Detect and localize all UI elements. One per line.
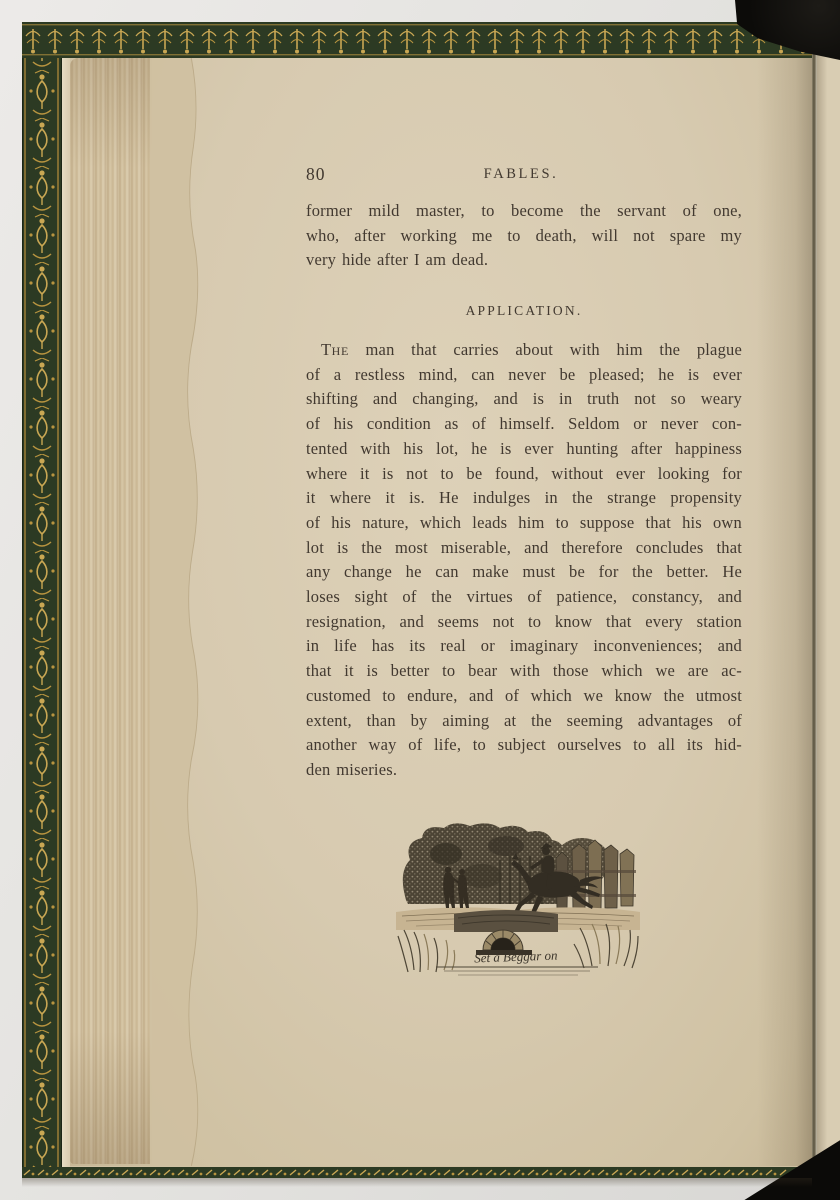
text-line: of his nature, which leads him to suppos… [306,511,742,536]
text-line: shifting and changing, and is in truth n… [306,387,742,412]
vignette-engraving: Set a Beggar on [396,820,640,980]
text-line: extent, than by aiming at the seeming ad… [306,709,742,734]
gilt-border-top [22,22,812,58]
leather-spine-left [22,22,62,1178]
vignette-caption: Set a Beggar on [474,948,558,966]
text-line: in life has its real or imaginary inconv… [306,634,742,659]
page-edges [70,58,152,1164]
text-line: The man that carries about with him the … [306,338,742,363]
gutter-shadow [757,58,812,1166]
base-rules [436,967,598,975]
text-line: loses sight of the virtues of patience, … [306,585,742,610]
text-line: customed to endure, and of which we know… [306,684,742,709]
text-line: of a restless mind, can never be pleased… [306,363,742,388]
text-line: any change he can make must be for the b… [306,560,742,585]
text-line: another way of life, to subject ourselve… [306,733,742,758]
small-caps-lead: The [321,340,349,359]
gilt-border-bottom [22,1166,812,1178]
text-line: that it is better to bear with those whi… [306,659,742,684]
deckle-edge [150,58,212,1166]
intro-paragraph: former mild master, to become the servan… [306,199,742,273]
section-heading: APPLICATION. [306,303,742,319]
text-line: former mild master, to become the servan… [306,199,742,224]
text-line: den miseries. [306,758,742,783]
text-line: tented with his lot, he is ever hunting … [306,437,742,462]
book-shadow [22,1178,812,1187]
text-line: of his condition as of himself. Seldom o… [306,412,742,437]
text-line: lot is the most miserable, and therefore… [306,536,742,561]
board-edge-highlight [62,22,70,1178]
running-title: FABLES. [306,166,736,183]
page-scan: 80 FABLES. former mild master, to become… [0,0,840,1200]
text-line: resignation, and seems not to know that … [306,610,742,635]
application-paragraph: The man that carries about with him the … [306,338,742,783]
text-line: where it is not to be found, without eve… [306,462,742,487]
text-line: it where it is. He indulges in the stran… [306,486,742,511]
text-line: who, after working me to death, will not… [306,224,742,249]
text-line: very hide after I am dead. [306,248,742,273]
page-header: 80 FABLES. [306,164,742,188]
facing-page-strip [817,22,840,1178]
